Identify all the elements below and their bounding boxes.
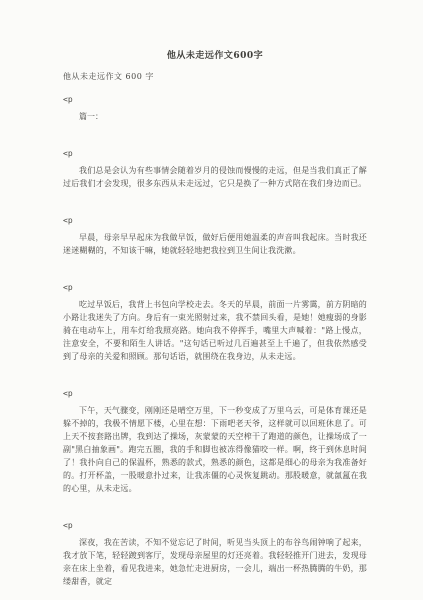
paragraph-marker: <p [63, 281, 367, 294]
body-paragraph: 早晨，母亲早早起床为我做早饭，做好后便用她温柔的声音叫我起床。当时我还迷迷糊糊的… [63, 231, 367, 257]
body-paragraph: 深夜，我在苦读，不知不觉忘记了时间，听见当头顶上的布谷鸟闹钟响了起来，我才放下笔… [63, 536, 367, 588]
body-paragraph: 下午，天气骤变，刚刚还是晴空万里，下一秒变成了万里乌云，可是体育课还是躲不掉的，… [63, 404, 367, 495]
paragraph-marker: <p [63, 519, 367, 532]
body-paragraph: 吃过早饭后，我背上书包向学校走去。冬天的早晨，前面一片雾霭，前方阴暗的小路让我迷… [63, 298, 367, 363]
body-paragraph: 我们总是会认为有些事情会随着岁月的侵蚀而慢慢的走远，但是当我们真正了解过后我们才… [63, 164, 367, 190]
document-page: 他从未走远作文600字 他从未走远作文 600 字 <p 篇一： <p 我们总是… [0, 0, 423, 600]
paragraph-marker: <p [63, 147, 367, 160]
document-title: 他从未走远作文600字 [63, 50, 367, 63]
paragraph-marker: <p [63, 93, 367, 106]
paragraph-marker: <p [63, 214, 367, 227]
document-subtitle: 他从未走远作文 600 字 [63, 70, 367, 83]
paragraph-marker: <p [63, 387, 367, 400]
section-label: 篇一： [63, 110, 367, 123]
